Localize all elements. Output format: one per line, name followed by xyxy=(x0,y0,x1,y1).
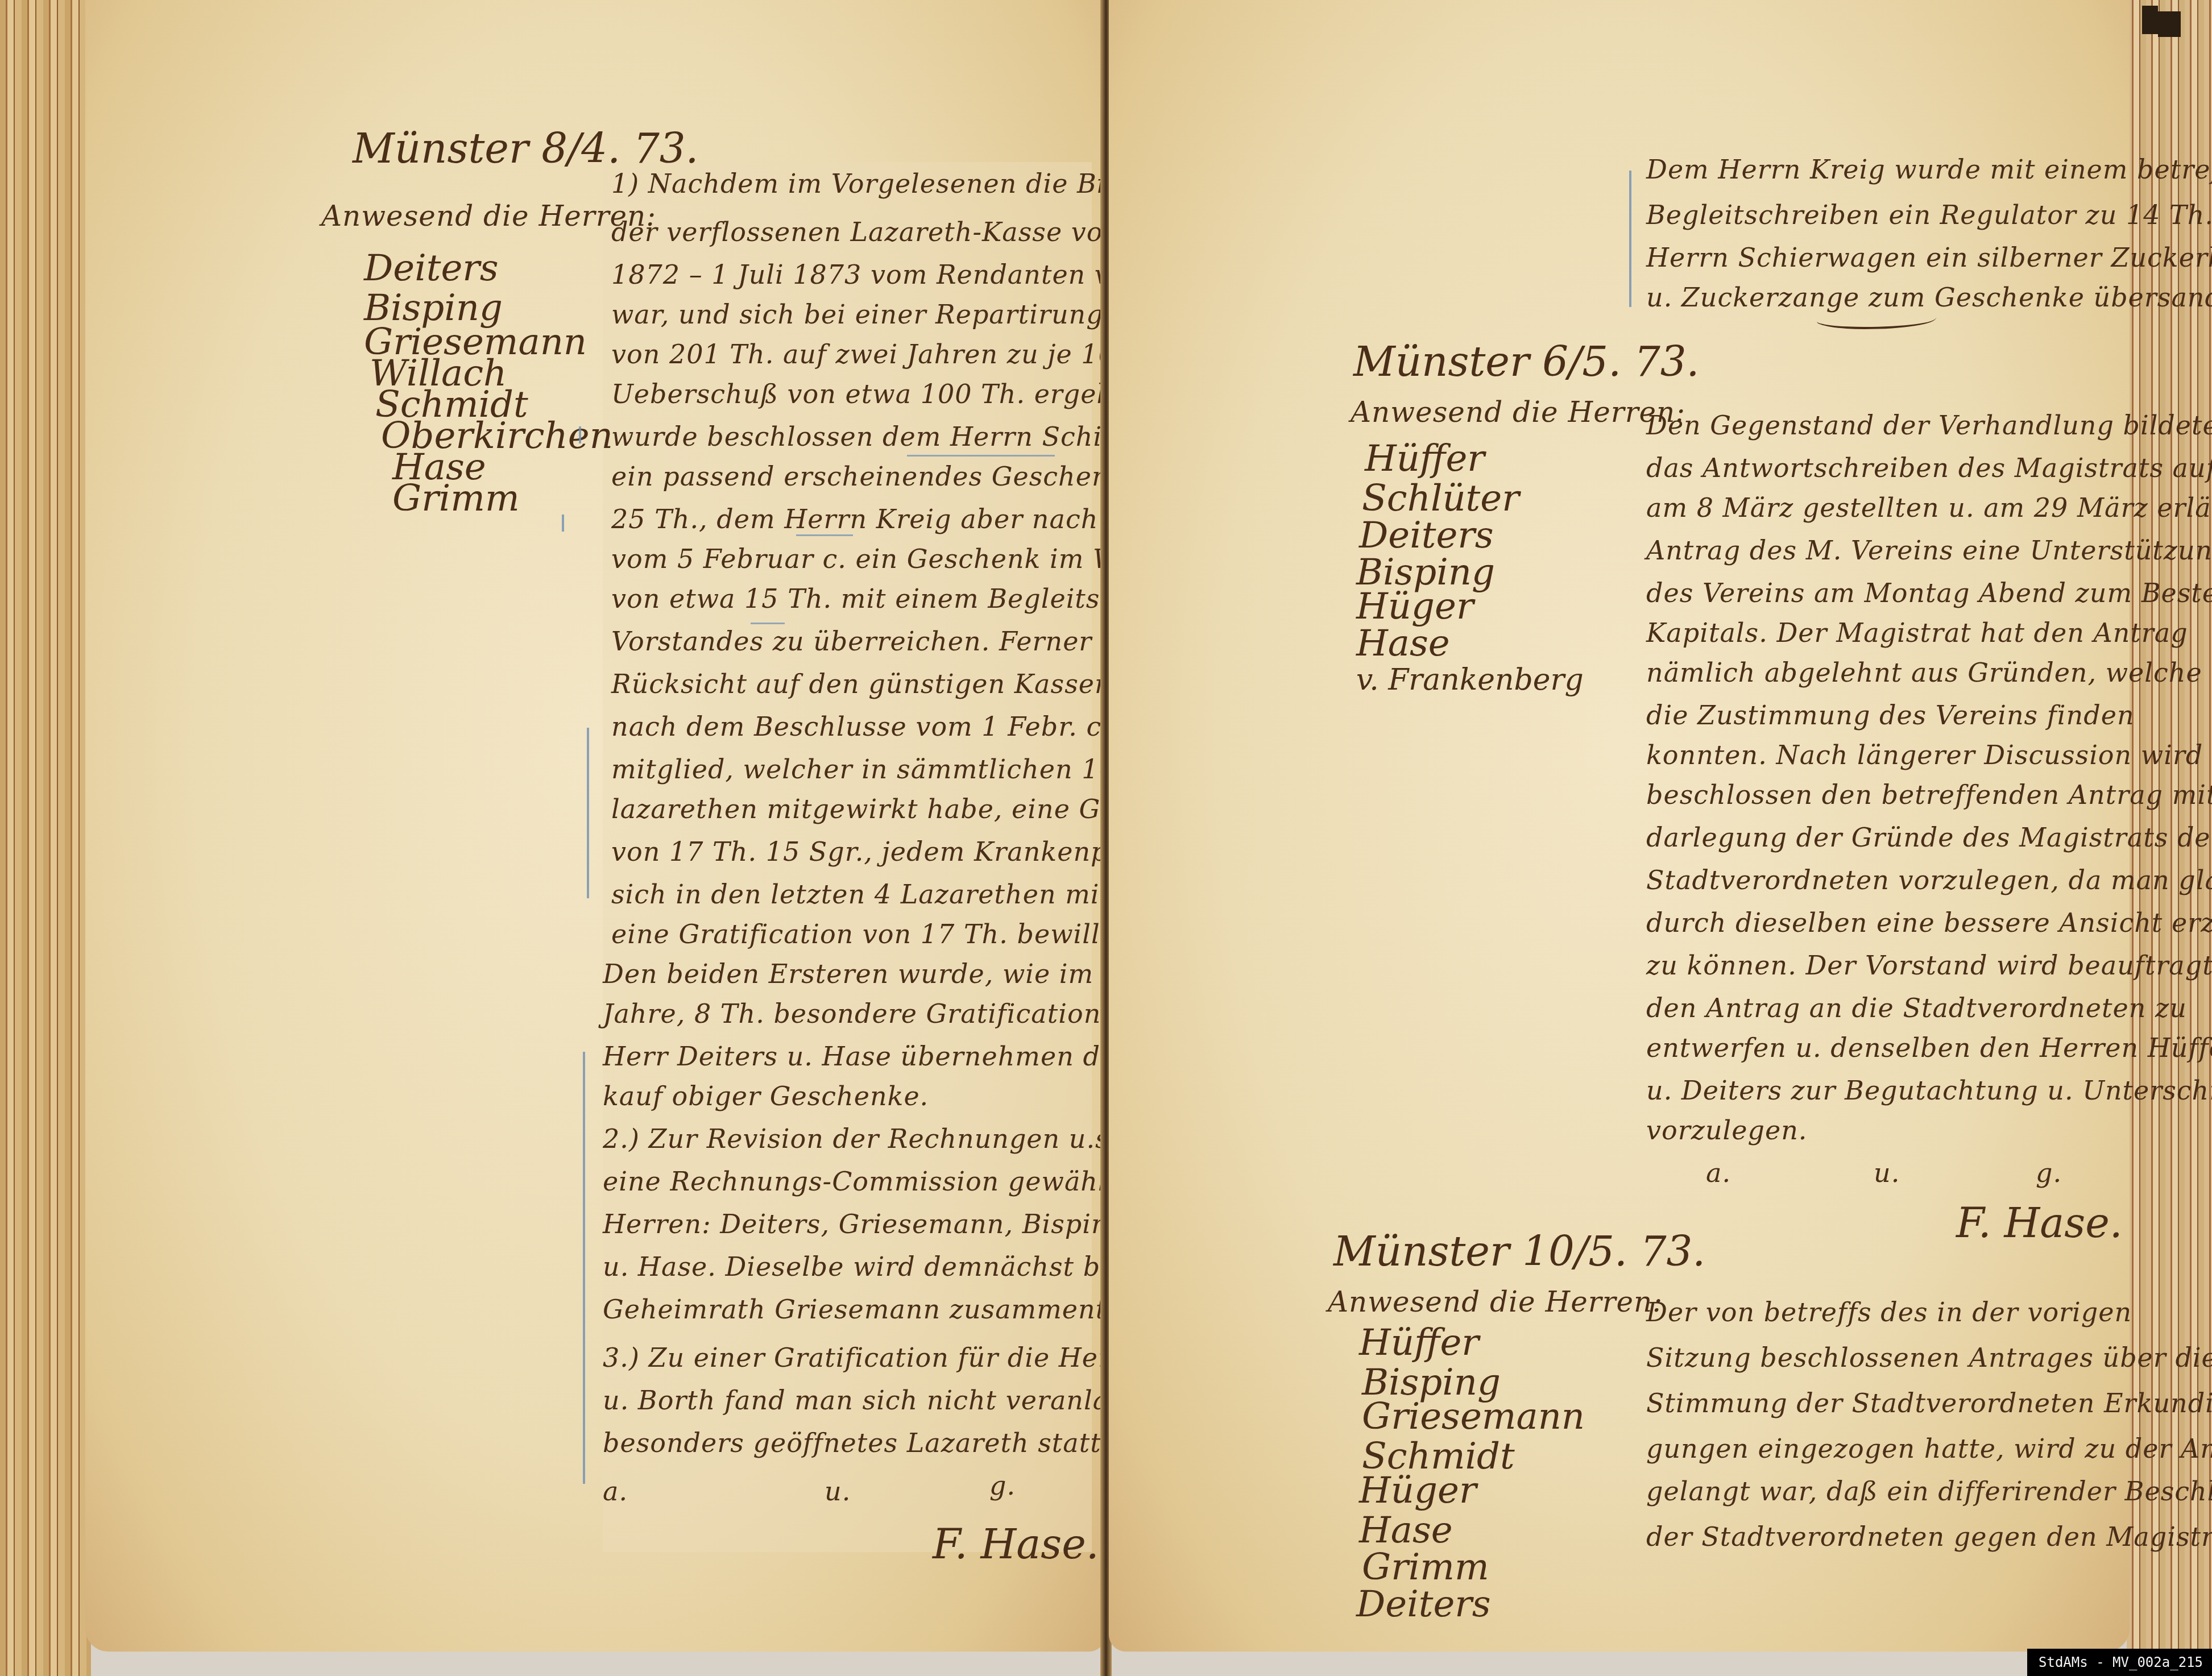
text-line: den Antrag an die Stadtverordneten zu xyxy=(1646,995,2187,1021)
text-line: beschlossen den betreffenden Antrag mit … xyxy=(1646,782,2212,808)
edge-ink-mark xyxy=(2142,6,2158,34)
closing-mark: a. xyxy=(603,1478,628,1504)
text-line: die Zustimmung des Vereins finden xyxy=(1646,702,2135,728)
text-line: Den Gegenstand der Verhandlung bildete xyxy=(1646,412,2212,438)
entry-place-date: Münster 10/5. 73. xyxy=(1333,1231,1705,1272)
present-label: Anwesend die Herren: xyxy=(1328,1288,1663,1316)
text-line: Stadtverordneten vorzulegen, da man glau… xyxy=(1646,867,2212,893)
text-line: der Stadtverordneten gegen den Magistrat xyxy=(1646,1524,2212,1550)
blue-pencil-mark xyxy=(587,728,589,898)
member-name: v. Frankenberg xyxy=(1356,665,1584,695)
member-name: Schlüter xyxy=(1362,480,1519,517)
archive-image-label: StdAMs - MV_002a_215 xyxy=(2027,1649,2212,1676)
member-name: Grimm xyxy=(392,480,520,517)
text-line: eine Gratification von 17 Th. bewilligt. xyxy=(611,921,1146,947)
present-label: Anwesend die Herren: xyxy=(1351,398,1685,426)
text-line: des Vereins am Montag Abend zum Besten e… xyxy=(1646,580,2212,606)
closing-mark: g. xyxy=(989,1472,1016,1499)
blue-pencil-mark xyxy=(1629,171,1631,307)
blue-pencil-mark xyxy=(562,515,564,532)
blue-underline xyxy=(907,455,1055,457)
member-name: Grimm xyxy=(1362,1549,1489,1586)
member-name: Deiters xyxy=(1359,517,1494,554)
closing-mark: g. xyxy=(2036,1160,2062,1186)
text-line: am 8 März gestellten u. am 29 März erläu… xyxy=(1646,495,2212,521)
text-line: u. Zuckerzange zum Geschenke übersandt. xyxy=(1646,284,2212,310)
text-line: das Antwortschreiben des Magistrats auf … xyxy=(1646,455,2212,481)
blue-underline xyxy=(796,534,853,536)
member-name: Hüffer xyxy=(1359,1325,1479,1361)
blue-pencil-mark xyxy=(579,426,581,443)
member-name: Deiters xyxy=(1356,1586,1491,1623)
text-line: entwerfen u. denselben den Herren Hüffer xyxy=(1646,1035,2212,1061)
signature: F. Hase. xyxy=(1956,1202,2123,1243)
text-line: durch dieselben eine bessere Ansicht erz… xyxy=(1646,910,2212,936)
entry-place-date: Münster 8/4. 73. xyxy=(353,128,698,169)
entry-place-date: Münster 6/5. 73. xyxy=(1353,341,1699,382)
left-page-stack-edge xyxy=(0,0,91,1676)
text-line: nämlich abgelehnt aus Gründen, welche ni… xyxy=(1646,659,2212,686)
text-line: konnten. Nach längerer Discussion wird xyxy=(1646,742,2203,768)
closing-mark: u. xyxy=(825,1478,851,1504)
text-line: Sitzung beschlossenen Antrages über die xyxy=(1646,1345,2212,1371)
text-line: zu können. Der Vorstand wird beauftragt xyxy=(1646,952,2212,978)
text-line: Der von betreffs des in der vorigen xyxy=(1646,1299,2132,1325)
edge-ink-mark xyxy=(2158,11,2181,37)
text-line: vorzulegen. xyxy=(1646,1117,1807,1143)
blue-underline xyxy=(751,623,785,624)
member-name: Hüger xyxy=(1359,1472,1476,1509)
text-line: Begleitschreiben ein Regulator zu 14 Th.… xyxy=(1646,202,2212,228)
text-line: Dem Herrn Kreig wurde mit einem betreffe… xyxy=(1646,156,2212,182)
closing-mark: a. xyxy=(1706,1160,1731,1186)
member-name: Griesemann xyxy=(1362,1399,1585,1435)
signature: F. Hase. xyxy=(933,1524,1099,1565)
member-name: Deiters xyxy=(364,250,499,287)
text-line: Herrn Schierwagen ein silberner Zuckerke… xyxy=(1646,244,2212,271)
closing-mark: u. xyxy=(1874,1160,1900,1186)
text-line: kauf obiger Geschenke. xyxy=(603,1083,929,1109)
text-line: darlegung der Gründe des Magistrats den xyxy=(1646,824,2212,851)
text-line: u. Deiters zur Begutachtung u. Unterschr… xyxy=(1646,1077,2212,1103)
blue-pencil-mark xyxy=(583,1052,585,1484)
member-name: Hase xyxy=(1356,625,1450,662)
member-name: Hase xyxy=(1359,1512,1453,1549)
member-name: Hüger xyxy=(1356,588,1473,625)
text-line: Stimmung der Stadtverordneten Erkundi- xyxy=(1646,1390,2212,1416)
text-line: Antrag des M. Vereins eine Unterstützung xyxy=(1646,537,2212,563)
member-name: Hüffer xyxy=(1365,441,1485,477)
text-line: gelangt war, daß ein differirender Besch… xyxy=(1646,1478,2212,1504)
present-label: Anwesend die Herren: xyxy=(321,202,656,230)
open-ledger-book: Münster 8/4. 73. Anwesend die Herren: De… xyxy=(0,0,2212,1676)
text-line: Kapitals. Der Magistrat hat den Antrag xyxy=(1646,620,2188,646)
text-line: 1) Nachdem im Vorgelesenen die Bilanz xyxy=(611,171,1163,197)
text-line: gungen eingezogen hatte, wird zu der Ans… xyxy=(1646,1436,2212,1462)
